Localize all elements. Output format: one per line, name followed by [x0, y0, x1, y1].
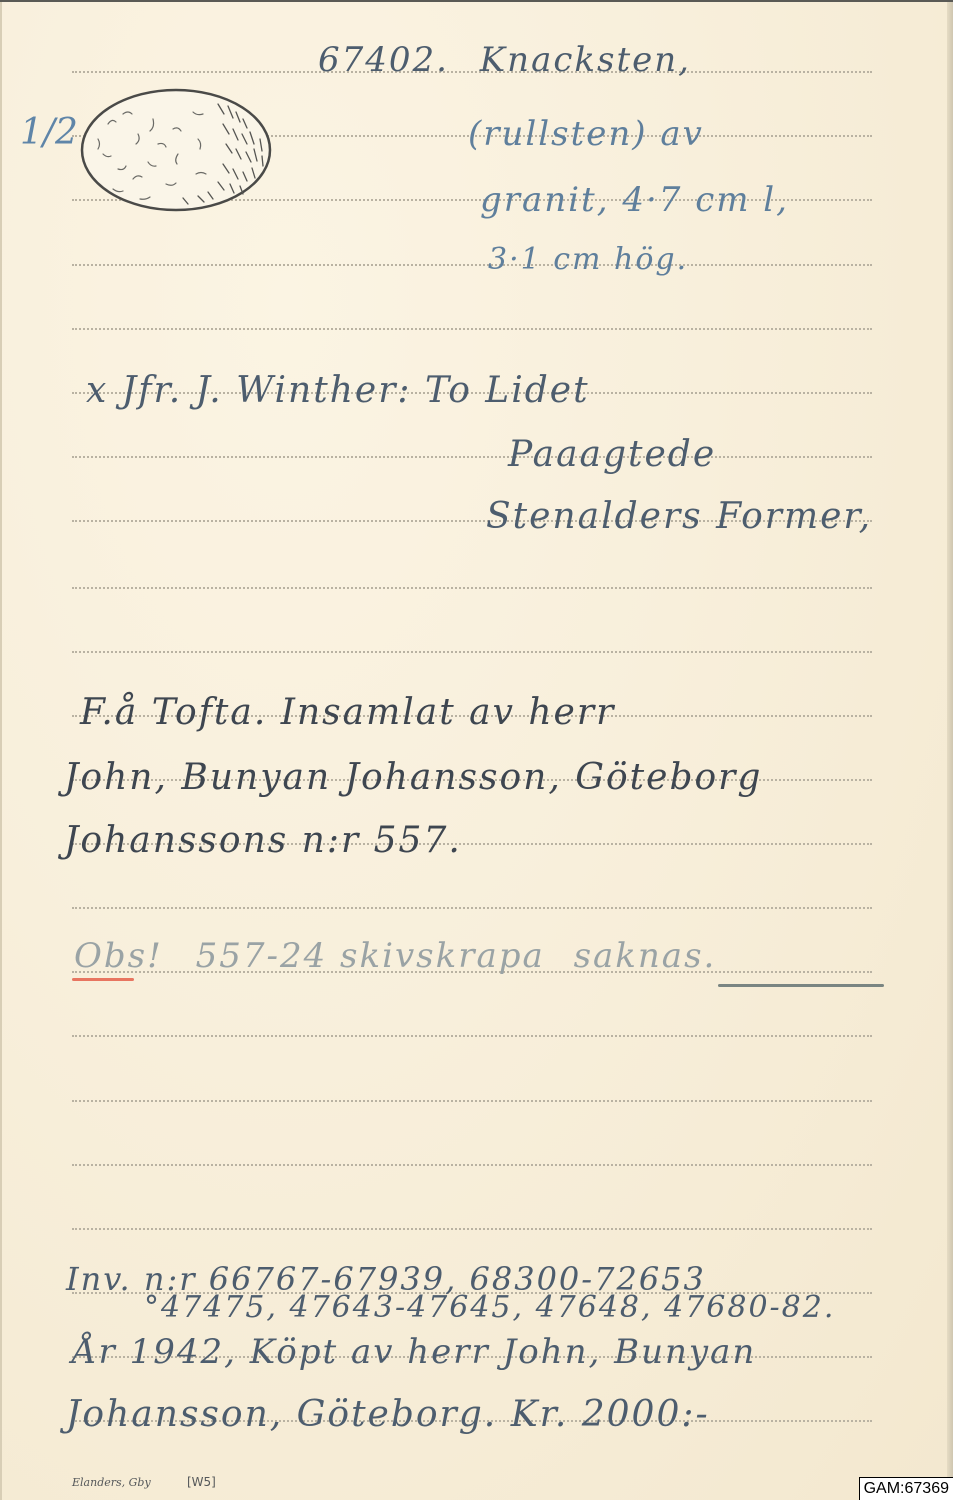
object-title-line: 67402. Knacksten,	[318, 40, 691, 80]
archive-id-label: GAM:67369	[859, 1477, 953, 1500]
ruling-line	[72, 907, 872, 909]
red-underline	[72, 978, 134, 981]
note-text: 557-24 skivskrapa	[196, 936, 545, 976]
reference-line-3: Stenalders Former,	[486, 496, 872, 537]
note-label: Obs!	[74, 936, 163, 976]
object-desc-line-4: 3·1 cm hög.	[488, 242, 688, 277]
note-missing: saknas.	[574, 936, 717, 976]
printer-code: [W5]	[187, 1475, 216, 1489]
inventory-line-4: Johansson, Göteborg. Kr. 2000:-	[66, 1394, 710, 1435]
scale-fraction: 1/2	[20, 112, 78, 153]
pencil-note: Obs! 557-24 skivskrapa saknas.	[74, 936, 716, 976]
ruling-line	[72, 328, 872, 330]
inventory-line-3: År 1942, Köpt av herr John, Bunyan	[72, 1332, 756, 1372]
object-desc-line-3: granit, 4·7 cm l,	[480, 180, 789, 220]
printer-imprint: Elanders, Gby	[72, 1476, 151, 1489]
pencil-underline	[718, 984, 884, 987]
object-desc-line-2: (rullsten) av	[468, 114, 704, 154]
card-left-edge	[0, 2, 2, 1500]
object-name: Knacksten,	[480, 40, 691, 80]
reference-line-2: Paaagtede	[508, 434, 716, 475]
reference-line-1: x Jfr. J. Winther: To Lidet	[86, 370, 590, 411]
ruling-line	[72, 456, 872, 458]
ruling-line	[72, 587, 872, 589]
ruling-line	[72, 264, 872, 266]
ruling-line	[72, 1100, 872, 1102]
ruling-line	[72, 651, 872, 653]
stone-sketch-icon	[78, 84, 278, 214]
provenance-line-2: John, Bunyan Johansson, Göteborg	[64, 757, 762, 798]
ruling-line	[72, 1164, 872, 1166]
card-right-edge	[947, 2, 953, 1500]
inventory-line-2: °47475, 47643-47645, 47648, 47680-82.	[144, 1290, 835, 1325]
provenance-line-3: Johanssons n:r 557.	[64, 820, 462, 861]
provenance-line-1: F.å Tofta. Insamlat av herr	[80, 692, 615, 733]
ruling-line	[72, 1228, 872, 1230]
catalogue-card: 1/2 67402. Knacksten, (rullsten) av gran…	[0, 0, 953, 1500]
ruling-line	[72, 1035, 872, 1037]
catalogue-number: 67402.	[318, 40, 449, 80]
